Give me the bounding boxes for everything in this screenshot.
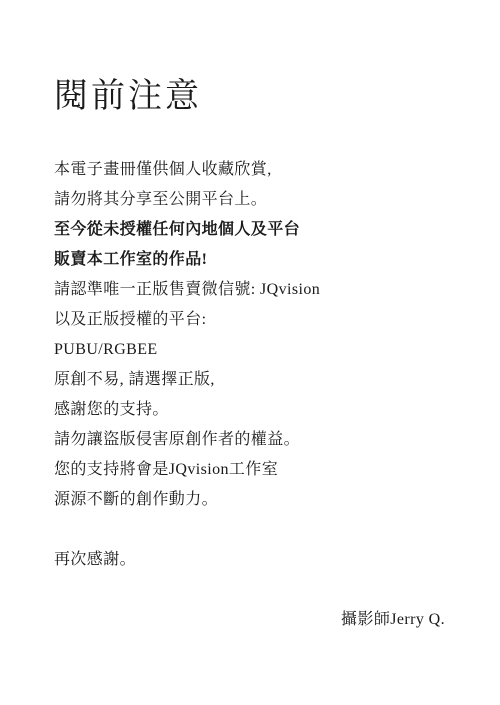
text-line: 販賣本工作室的作品! <box>54 245 445 275</box>
text-line: 再次感謝。 <box>54 545 445 575</box>
text-line: 至今從未授權任何內地個人及平台 <box>54 215 445 245</box>
page-title: 閱前注意 <box>54 0 445 114</box>
text-line: 源源不斷的創作動力。 <box>54 485 445 515</box>
text-line: 以及正版授權的平台: <box>54 305 445 335</box>
page: 閱前注意 本電子畫冊僅供個人收藏欣賞,請勿將其分享至公開平台上。至今從未授權任何… <box>0 0 500 705</box>
text-line: PUBU/RGBEE <box>54 335 445 365</box>
text-line: 請認準唯一正版售賣微信號: JQvision <box>54 275 445 305</box>
body-lines: 本電子畫冊僅供個人收藏欣賞,請勿將其分享至公開平台上。至今從未授權任何內地個人及… <box>54 155 445 575</box>
text-line: 請勿讓盜版侵害原創作者的權益。 <box>54 425 445 455</box>
text-line: 本電子畫冊僅供個人收藏欣賞, <box>54 155 445 185</box>
signature: 攝影師Jerry Q. <box>54 605 445 635</box>
text-line: 請勿將其分享至公開平台上。 <box>54 185 445 215</box>
text-line: 感謝您的支持。 <box>54 395 445 425</box>
text-line: 您的支持將會是JQvision工作室 <box>54 455 445 485</box>
text-line <box>54 515 445 545</box>
text-line: 原創不易, 請選擇正版, <box>54 365 445 395</box>
